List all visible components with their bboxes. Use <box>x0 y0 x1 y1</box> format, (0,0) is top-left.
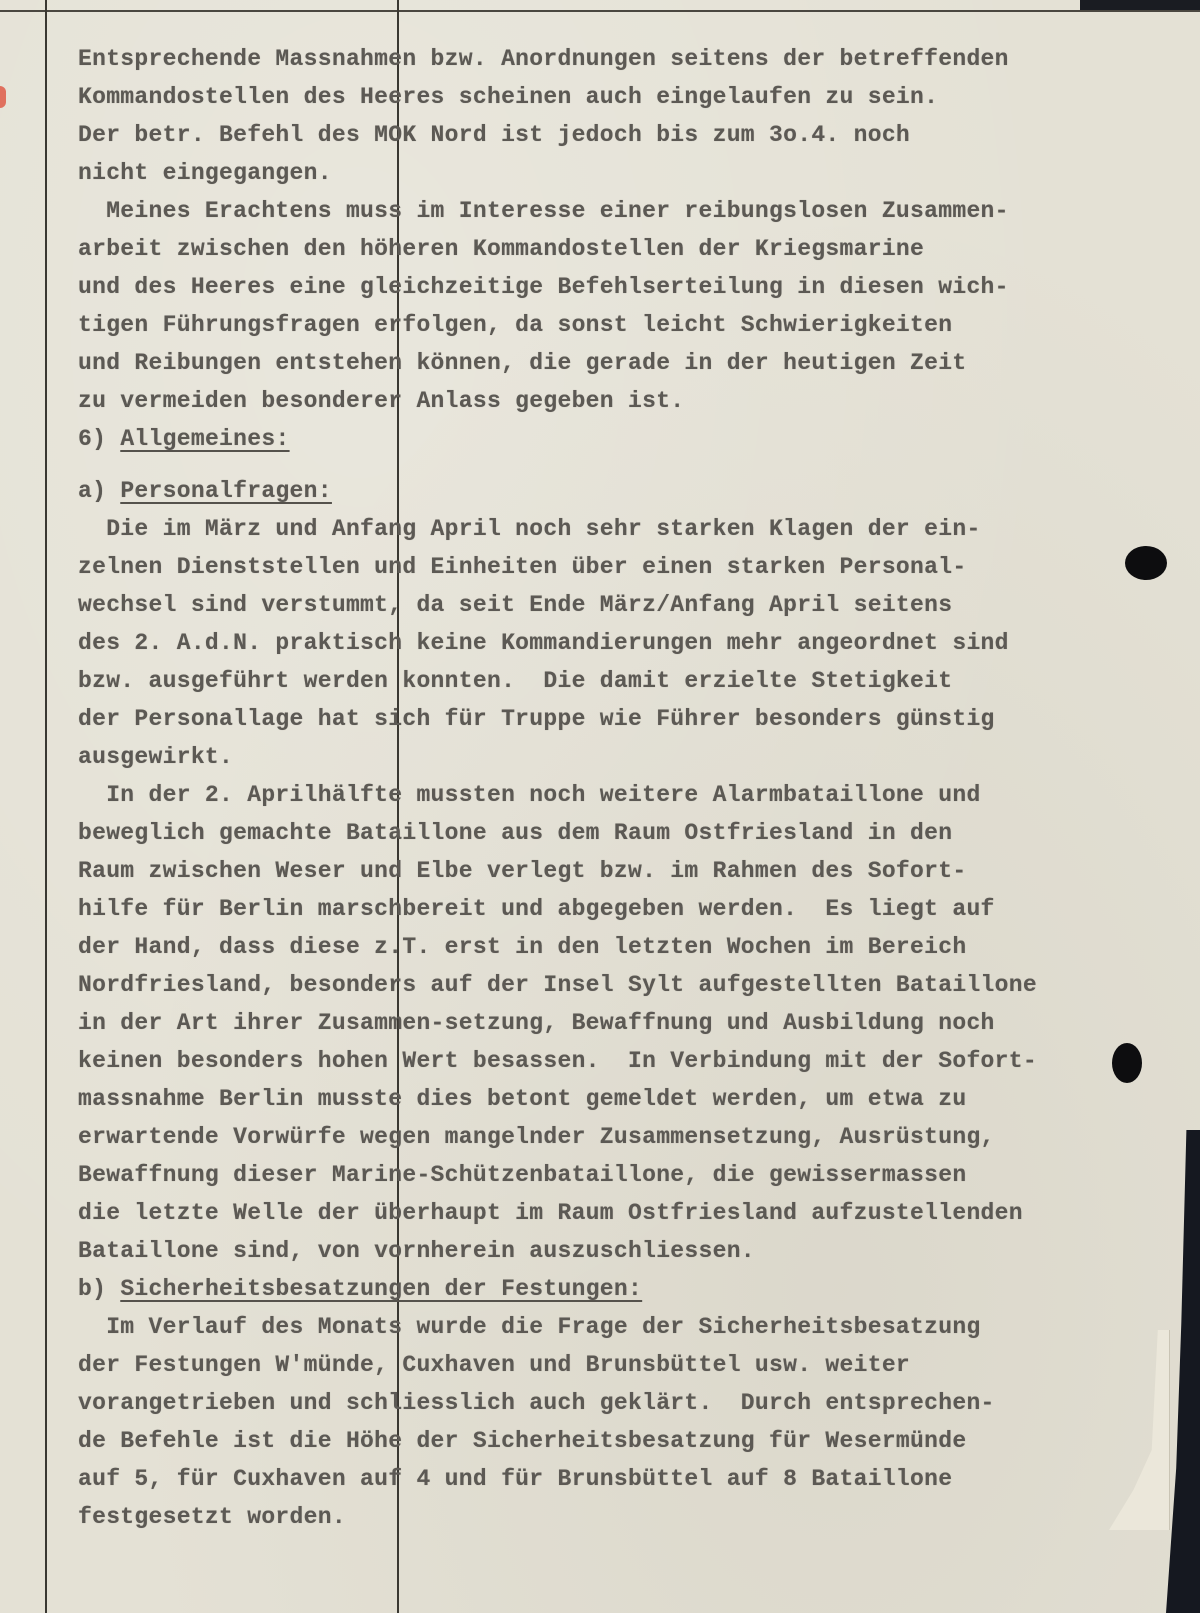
text-line: vorangetrieben und schliesslich auch gek… <box>78 1384 1198 1422</box>
paragraph-fortress-garrisons: Im Verlauf des Monats wurde die Frage de… <box>78 1308 1198 1536</box>
section-number: a) <box>78 478 106 504</box>
text-line: Im Verlauf des Monats wurde die Frage de… <box>78 1308 1198 1346</box>
text-line: Raum zwischen Weser und Elbe verlegt bzw… <box>78 852 1198 890</box>
text-line: die letzte Welle der überhaupt im Raum O… <box>78 1194 1198 1232</box>
text-line: auf 5, für Cuxhaven auf 4 und für Brunsb… <box>78 1460 1198 1498</box>
section-number: b) <box>78 1276 106 1302</box>
section-6-heading: 6) Allgemeines: <box>78 420 1198 458</box>
paragraph-personal-1: Die im März und Anfang April noch sehr s… <box>78 510 1198 776</box>
text-line: arbeit zwischen den höheren Kommandostel… <box>78 230 1198 268</box>
typed-text-body: Entsprechende Massnahmen bzw. Anordnunge… <box>78 40 1198 1536</box>
paragraph-opinion: Meines Erachtens muss im Interesse einer… <box>78 192 1198 420</box>
text-line: zu vermeiden besonderer Anlass gegeben i… <box>78 382 1198 420</box>
text-line: beweglich gemachte Bataillone aus dem Ra… <box>78 814 1198 852</box>
text-line: festgesetzt worden. <box>78 1498 1198 1536</box>
text-line: In der 2. Aprilhälfte mussten noch weite… <box>78 776 1198 814</box>
text-line: bzw. ausgeführt werden konnten. Die dami… <box>78 662 1198 700</box>
text-line: und des Heeres eine gleichzeitige Befehl… <box>78 268 1198 306</box>
text-line: der Hand, dass diese z.T. erst in den le… <box>78 928 1198 966</box>
section-title: Allgemeines: <box>120 426 289 452</box>
spacer <box>78 458 1198 472</box>
text-line: der Personallage hat sich für Truppe wie… <box>78 700 1198 738</box>
text-line: und Reibungen entstehen können, die gera… <box>78 344 1198 382</box>
text-line: zelnen Dienststellen und Einheiten über … <box>78 548 1198 586</box>
section-title: Personalfragen: <box>120 478 332 504</box>
text-line: de Befehle ist die Höhe der Sicherheitsb… <box>78 1422 1198 1460</box>
paragraph-personal-2: In der 2. Aprilhälfte mussten noch weite… <box>78 776 1198 1270</box>
section-b-heading: b) Sicherheitsbesatzungen der Festungen: <box>78 1270 1198 1308</box>
red-margin-mark <box>0 86 6 108</box>
text-line: wechsel sind verstummt, da seit Ende Mär… <box>78 586 1198 624</box>
text-line: Die im März und Anfang April noch sehr s… <box>78 510 1198 548</box>
text-line: der Festungen W'münde, Cuxhaven und Brun… <box>78 1346 1198 1384</box>
text-line: hilfe für Berlin marschbereit und abgege… <box>78 890 1198 928</box>
paragraph-intro: Entsprechende Massnahmen bzw. Anordnunge… <box>78 40 1198 192</box>
text-line: Der betr. Befehl des MOK Nord ist jedoch… <box>78 116 1198 154</box>
text-line: Entsprechende Massnahmen bzw. Anordnunge… <box>78 40 1198 78</box>
text-line: Bataillone sind, von vornherein auszusch… <box>78 1232 1198 1270</box>
text-line: tigen Führungsfragen erfolgen, da sonst … <box>78 306 1198 344</box>
text-line: erwartende Vorwürfe wegen mangelnder Zus… <box>78 1118 1198 1156</box>
section-number: 6) <box>78 426 106 452</box>
text-line: ausgewirkt. <box>78 738 1198 776</box>
text-line: in der Art ihrer Zusammen-setzung, Bewaf… <box>78 1004 1198 1042</box>
text-line: nicht eingegangen. <box>78 154 1198 192</box>
text-line: Bewaffnung dieser Marine-Schützenbataill… <box>78 1156 1198 1194</box>
text-line: keinen besonders hohen Wert besassen. In… <box>78 1042 1198 1080</box>
text-line: Meines Erachtens muss im Interesse einer… <box>78 192 1198 230</box>
text-line: des 2. A.d.N. praktisch keine Kommandier… <box>78 624 1198 662</box>
text-line: Nordfriesland, besonders auf der Insel S… <box>78 966 1198 1004</box>
section-a-heading: a) Personalfragen: <box>78 472 1198 510</box>
document-page: Entsprechende Massnahmen bzw. Anordnunge… <box>0 0 1200 1613</box>
top-horizontal-rule <box>0 10 1200 12</box>
text-line: Kommandostellen des Heeres scheinen auch… <box>78 78 1198 116</box>
text-line: massnahme Berlin musste dies betont geme… <box>78 1080 1198 1118</box>
section-title: Sicherheitsbesatzungen der Festungen: <box>120 1276 642 1302</box>
left-margin-rule <box>45 0 47 1613</box>
